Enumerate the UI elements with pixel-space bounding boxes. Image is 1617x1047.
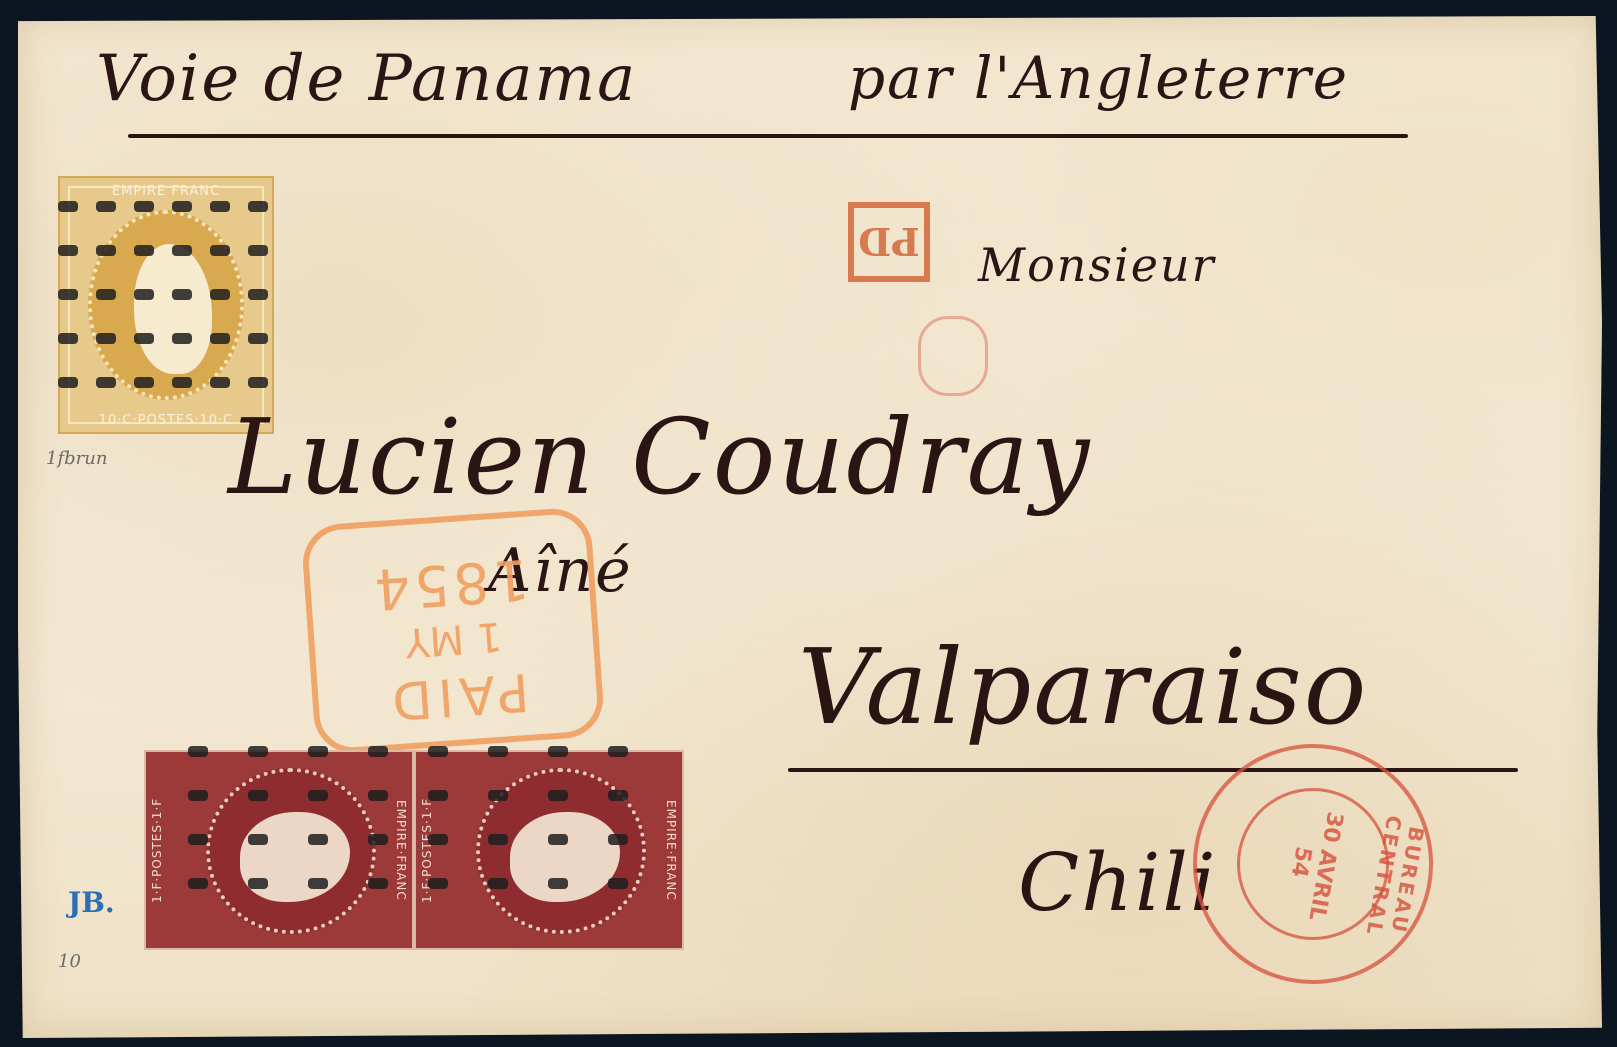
address-country: Chili <box>1018 836 1218 929</box>
paid-marking: PAID 1 MY 1854 <box>300 506 605 756</box>
stamp-side-label: 1·F·POSTES·1·F <box>150 752 172 948</box>
postal-cover: Voie de Panama par l'Angleterre EMPIRE F… <box>18 16 1602 1038</box>
address-name: Lucien Coudray <box>228 396 1091 518</box>
pd-marking: PD <box>848 202 930 282</box>
faint-red-marking <box>918 316 988 396</box>
grille-cancel-yellow <box>58 201 286 421</box>
pencil-note: 1fbrun <box>46 448 107 469</box>
address-city: Valparaiso <box>798 626 1368 748</box>
pencil-note-bottom: 10 <box>58 951 81 972</box>
blue-initials: JB. <box>68 886 115 919</box>
top-underline <box>128 134 1408 138</box>
routing-note-panama: Voie de Panama <box>96 42 637 116</box>
stamp-top-label: EMPIRE FRANC <box>60 184 272 199</box>
routing-note-england: par l'Angleterre <box>848 44 1349 112</box>
cds-year: 54 <box>1286 845 1316 880</box>
circular-date-stamp: BUREAU CENTRAL 30 AVRIL 54 <box>1174 725 1452 1003</box>
grille-cancel-red <box>188 746 668 922</box>
address-salutation: Monsieur <box>978 238 1216 292</box>
